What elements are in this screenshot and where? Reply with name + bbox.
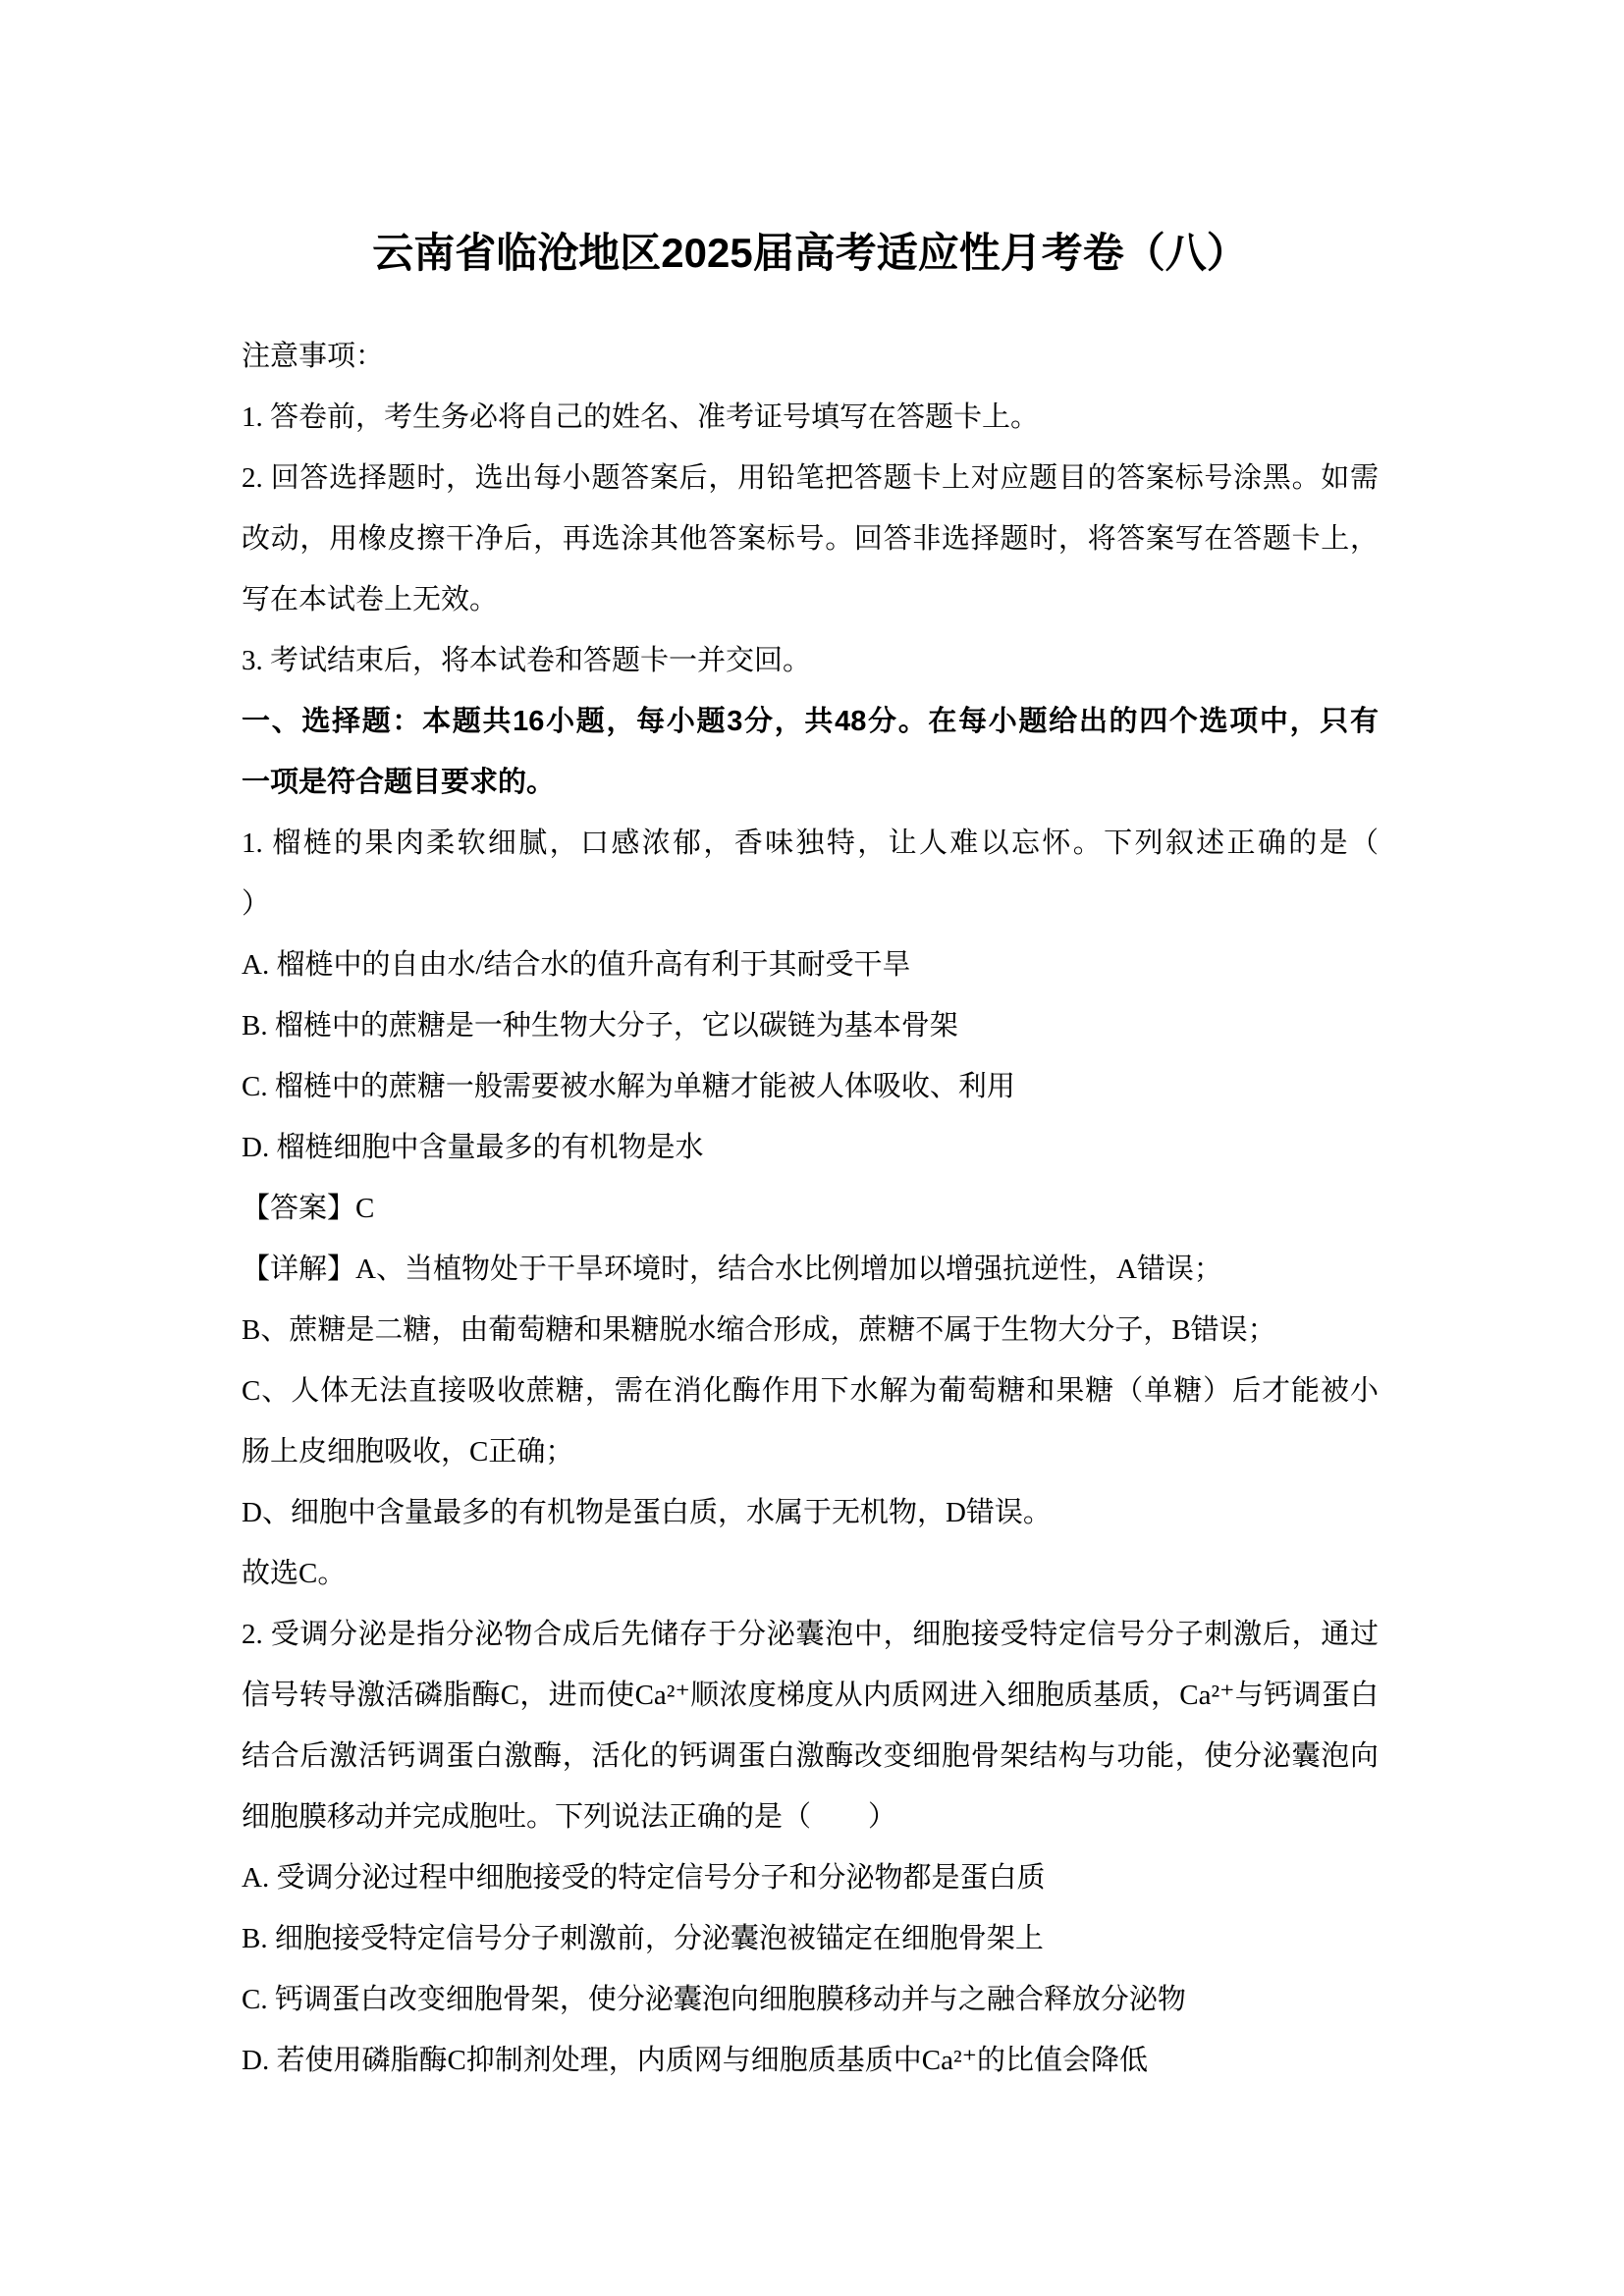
question-2-option-a: A. 受调分泌过程中细胞接受的特定信号分子和分泌物都是蛋白质 bbox=[242, 1847, 1379, 1908]
notice-item-1: 1. 答卷前，考生务必将自己的姓名、准考证号填写在答题卡上。 bbox=[242, 387, 1379, 448]
exam-paper-page: 云南省临沧地区2025届高考适应性月考卷（八） 注意事项： 1. 答卷前，考生务… bbox=[0, 0, 1624, 2296]
notice-item-2-line-3: 写在本试卷上无效。 bbox=[242, 569, 1379, 630]
section-heading-line-1: 一、选择题：本题共16小题，每小题3分，共48分。在每小题给出的四个选项中，只有 bbox=[242, 691, 1379, 752]
question-1-option-a: A. 榴梿中的自由水/结合水的值升高有利于其耐受干旱 bbox=[242, 934, 1379, 995]
notice-item-2-line-2: 改动，用橡皮擦干净后，再选涂其他答案标号。回答非选择题时，将答案写在答题卡上， bbox=[242, 508, 1379, 569]
question-1-stem-line-1: 1. 榴梿的果肉柔软细腻，口感浓郁，香味独特，让人难以忘怀。下列叙述正确的是（ bbox=[242, 813, 1379, 874]
question-2-option-d: D. 若使用磷脂酶C抑制剂处理，内质网与细胞质基质中Ca²⁺的比值会降低 bbox=[242, 2030, 1379, 2091]
question-1-analysis-d: D、细胞中含量最多的有机物是蛋白质，水属于无机物，D错误。 bbox=[242, 1482, 1379, 1543]
question-1-option-b: B. 榴梿中的蔗糖是一种生物大分子，它以碳链为基本骨架 bbox=[242, 995, 1379, 1056]
question-2-stem-line-2: 信号转导激活磷脂酶C，进而使Ca²⁺顺浓度梯度从内质网进入细胞质基质，Ca²⁺与… bbox=[242, 1665, 1379, 1726]
notice-heading: 注意事项： bbox=[242, 326, 1379, 387]
question-2-option-c: C. 钙调蛋白改变细胞骨架，使分泌囊泡向细胞膜移动并与之融合释放分泌物 bbox=[242, 1969, 1379, 2030]
question-1-answer: 【答案】C bbox=[242, 1178, 1379, 1239]
question-1-option-d: D. 榴梿细胞中含量最多的有机物是水 bbox=[242, 1117, 1379, 1178]
question-2-option-b: B. 细胞接受特定信号分子刺激前，分泌囊泡被锚定在细胞骨架上 bbox=[242, 1908, 1379, 1969]
exam-body: 注意事项： 1. 答卷前，考生务必将自己的姓名、准考证号填写在答题卡上。 2. … bbox=[242, 326, 1379, 2091]
question-1-conclusion: 故选C。 bbox=[242, 1543, 1379, 1604]
exam-title: 云南省临沧地区2025届高考适应性月考卷（八） bbox=[242, 229, 1379, 278]
question-2-stem-line-1: 2. 受调分泌是指分泌物合成后先储存于分泌囊泡中，细胞接受特定信号分子刺激后，通… bbox=[242, 1604, 1379, 1665]
notice-item-2-line-1: 2. 回答选择题时，选出每小题答案后，用铅笔把答题卡上对应题目的答案标号涂黑。如… bbox=[242, 448, 1379, 508]
question-2-stem-line-3: 结合后激活钙调蛋白激酶，活化的钙调蛋白激酶改变细胞骨架结构与功能，使分泌囊泡向 bbox=[242, 1726, 1379, 1787]
question-1-analysis-c-line-1: C、人体无法直接吸收蔗糖，需在消化酶作用下水解为葡萄糖和果糖（单糖）后才能被小 bbox=[242, 1361, 1379, 1421]
question-2-stem-line-4: 细胞膜移动并完成胞吐。下列说法正确的是（ ） bbox=[242, 1787, 1379, 1847]
question-1-option-c: C. 榴梿中的蔗糖一般需要被水解为单糖才能被人体吸收、利用 bbox=[242, 1056, 1379, 1117]
question-1-analysis-a: 【详解】A、当植物处于干旱环境时，结合水比例增加以增强抗逆性，A错误； bbox=[242, 1239, 1379, 1300]
question-1-analysis-c-line-2: 肠上皮细胞吸收，C正确； bbox=[242, 1421, 1379, 1482]
question-1-stem-line-2: ） bbox=[242, 874, 1379, 934]
section-heading-line-2: 一项是符合题目要求的。 bbox=[242, 752, 1379, 813]
notice-item-3: 3. 考试结束后，将本试卷和答题卡一并交回。 bbox=[242, 630, 1379, 691]
question-1-analysis-b: B、蔗糖是二糖，由葡萄糖和果糖脱水缩合形成，蔗糖不属于生物大分子，B错误； bbox=[242, 1300, 1379, 1361]
